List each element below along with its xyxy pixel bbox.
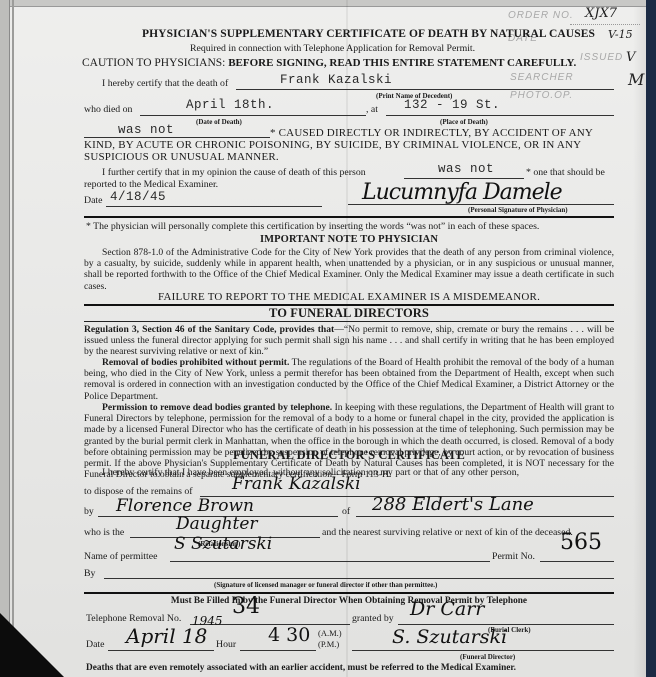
certificate-subtitle: Required in connection with Telephone Ap… xyxy=(190,43,475,54)
am-label: (A.M.) xyxy=(318,628,342,638)
granted-by-label: granted by xyxy=(352,613,394,624)
caused-text-2: KIND, BY ACUTE OR CHRONIC POISONING, BY … xyxy=(84,139,581,151)
caution-text: BEFORE SIGNING, READ THIS ENTIRE STATEME… xyxy=(228,57,576,69)
removal-bold: Removal of bodies prohibited without per… xyxy=(102,357,289,368)
certify-label: I hereby certify that the death of xyxy=(102,78,228,89)
stamp-issued-value: V xyxy=(626,50,635,65)
permit-no-field[interactable]: 565 xyxy=(560,530,602,555)
date-of-death-caption: (Date of Death) xyxy=(196,118,242,126)
caution-line: CAUTION TO PHYSICIANS: BEFORE SIGNING, R… xyxy=(82,57,576,69)
order-no-label: ORDER NO. xyxy=(508,10,574,21)
physician-signature[interactable]: Lucumnyfa Damele xyxy=(362,180,562,205)
was-not-field-2[interactable]: was not xyxy=(438,162,494,176)
divider xyxy=(84,592,614,594)
footer-warning: Deaths that are even remotely associated… xyxy=(86,663,516,673)
decedent-name-field[interactable]: Frank Kazalski xyxy=(280,73,392,87)
scan-left-border-line xyxy=(12,0,14,677)
granted-by-field[interactable]: Dr Carr xyxy=(410,598,484,620)
death-certificate-document: ORDER NO. XJX7 DATE V-15 ISSUED V SEARCH… xyxy=(0,0,646,677)
permittee-label: Name of permittee xyxy=(84,551,157,562)
funeral-directors-heading: TO FUNERAL DIRECTORS xyxy=(84,306,614,321)
important-note-body: Section 878-1.0 of the Administrative Co… xyxy=(84,247,614,292)
divider xyxy=(84,216,614,218)
certificate-title: PHYSICIAN'S SUPPLEMENTARY CERTIFICATE OF… xyxy=(142,28,595,40)
order-no-value: XJX7 xyxy=(585,6,617,21)
caused-text-3: SUSPICIOUS OR UNUSUAL MANNER. xyxy=(84,151,279,163)
stamp-photo-label: PHOTO.OP. xyxy=(510,90,573,101)
important-note-heading: IMPORTANT NOTE TO PHYSICIAN xyxy=(84,234,614,245)
employer-name-field[interactable]: Florence Brown xyxy=(116,496,254,516)
footnote: * The physician will personally complete… xyxy=(86,221,539,232)
relative-text: and the nearest surviving relative or ne… xyxy=(322,527,573,538)
should-be-label: * one that should be xyxy=(526,167,605,178)
place-of-death-field[interactable]: 132 - 19 St. xyxy=(404,98,500,112)
date-of-death-field[interactable]: April 18th. xyxy=(186,98,274,112)
signature-caption: (Personal Signature of Physician) xyxy=(468,206,568,214)
removal-no-label: Telephone Removal No. xyxy=(86,613,181,624)
telephone-heading: Must Be Filled In by the Funeral Directo… xyxy=(84,596,614,606)
caused-text-1: * CAUSED DIRECTLY OR INDIRECTLY, BY ACCI… xyxy=(270,127,593,139)
died-on-label: who died on xyxy=(84,104,132,115)
place-of-death-caption: (Place of Death) xyxy=(440,118,488,126)
funeral-certificate-heading: FUNERAL DIRECTOR'S CERTIFICATE xyxy=(84,448,614,463)
scan-top-edge xyxy=(0,0,646,7)
remains-of-field[interactable]: Frank Kazalski xyxy=(232,474,361,494)
hour-label: Hour xyxy=(216,639,236,650)
was-not-field-1[interactable]: was not xyxy=(118,123,174,137)
funeral-director-signature[interactable]: S. Szutarski xyxy=(392,626,507,648)
scan-right-edge xyxy=(646,0,656,677)
tel-date-label: Date xyxy=(86,639,105,650)
stamp-date-value: V-15 xyxy=(608,28,633,41)
certificate-date-field[interactable]: 4/18/45 xyxy=(110,190,166,204)
funeral-director-caption: (Funeral Director) xyxy=(460,653,515,661)
tel-year-field[interactable]: 1945 xyxy=(192,614,223,628)
removal-paragraph: Removal of bodies prohibited without per… xyxy=(84,357,614,402)
pm-label: (P.M.) xyxy=(318,639,339,649)
date-label: Date xyxy=(84,195,103,206)
stamp-searcher-value: M xyxy=(628,70,644,89)
misdemeanor-warning: FAILURE TO REPORT TO THE MEDICAL EXAMINE… xyxy=(84,291,614,303)
permission-bold: Permission to remove dead bodies granted… xyxy=(102,402,332,413)
by2-label: By xyxy=(84,568,95,579)
by-label: by xyxy=(84,506,94,517)
caution-label: CAUTION TO PHYSICIANS: xyxy=(82,57,225,69)
by2-caption: (Signature of licensed manager or funera… xyxy=(214,581,437,589)
further-certify-label: I further certify that in my opinion the… xyxy=(102,167,366,178)
hour-field[interactable]: 4 30 xyxy=(268,624,310,646)
removal-no-field[interactable]: 34 xyxy=(232,594,260,619)
permit-no-label: Permit No. xyxy=(492,551,535,562)
relationship-field[interactable]: Daughter xyxy=(176,514,258,534)
regulation-paragraph: Regulation 3, Section 46 of the Sanitary… xyxy=(84,324,614,358)
who-is-label: who is the xyxy=(84,527,124,538)
of-label: of xyxy=(342,506,350,517)
scan-corner-shadow xyxy=(0,613,64,677)
stamp-searcher-label: SEARCHER xyxy=(510,72,574,83)
reported-label: reported to the Medical Examiner. xyxy=(84,179,218,190)
regulation-bold: Regulation 3, Section 46 of the Sanitary… xyxy=(84,324,334,335)
at-label: , at xyxy=(366,104,378,115)
permittee-name-field[interactable]: S Szutarski xyxy=(174,534,272,554)
employer-address-field[interactable]: 288 Eldert's Lane xyxy=(372,494,534,515)
scan-left-edge xyxy=(0,0,10,677)
stamp-issued-label: ISSUED xyxy=(580,52,623,63)
